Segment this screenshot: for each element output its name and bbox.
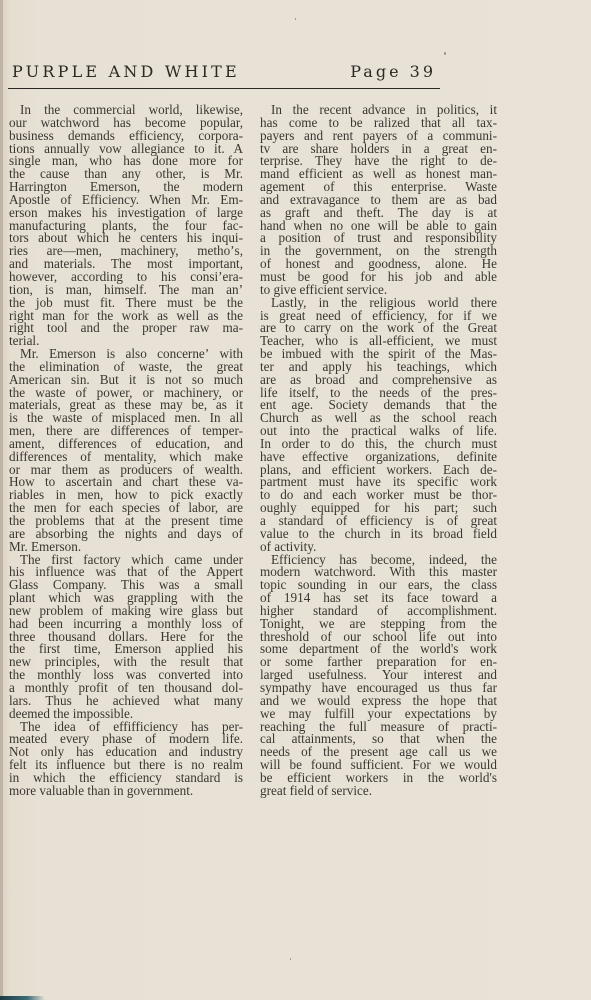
paper-speck	[295, 18, 296, 20]
publication-title: PURPLE AND WHITE	[12, 62, 240, 81]
paper-speck	[444, 52, 446, 55]
text-line: right tool and the proper raw ma-	[9, 322, 243, 335]
right-text-column: In the recent advance in politics, ithas…	[260, 104, 497, 798]
page-spine-edge	[0, 0, 3, 1000]
left-text-column: In the commercial world, likewise,our wa…	[9, 104, 243, 798]
scan-corner-shadow	[0, 996, 45, 1000]
paper-speck	[290, 958, 291, 960]
page-number: Page 39	[350, 62, 436, 81]
text-line: great field of service.	[260, 785, 497, 798]
book-page: PURPLE AND WHITE Page 39 In the commerci…	[0, 0, 591, 1000]
page-header: PURPLE AND WHITE Page 39	[8, 60, 440, 89]
text-line: more valuable than in government.	[9, 785, 243, 798]
